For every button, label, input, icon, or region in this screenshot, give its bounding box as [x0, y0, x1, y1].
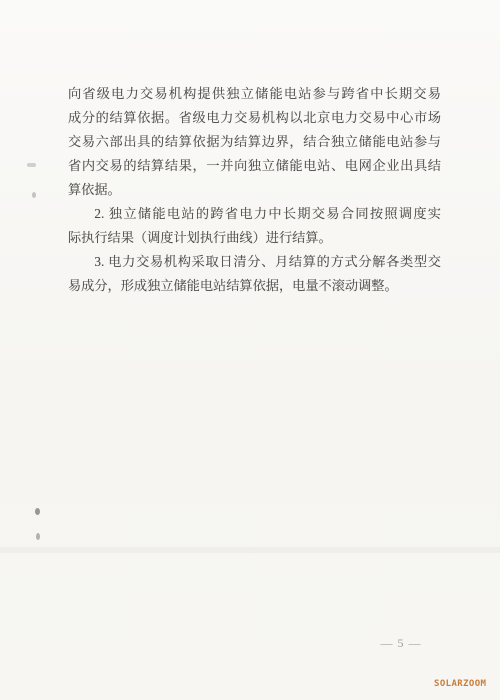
- text-line-item-2: 2. 独立储能电站的跨省电力中长期交易合同按照调度实: [68, 202, 441, 226]
- text-line: 际执行结果（调度计划执行曲线）进行结算。: [68, 226, 441, 250]
- text-line-item-3: 3. 电力交易机构采取日清分、月结算的方式分解各类型交: [68, 250, 441, 274]
- text-line: 成分的结算依据。省级电力交易机构以北京电力交易中心市场: [68, 106, 441, 130]
- scan-speck: [36, 533, 40, 540]
- scan-artifact-band: [0, 547, 500, 553]
- text-line: 交易六部出具的结算依据为结算边界，结合独立储能电站参与: [68, 130, 441, 154]
- solarzoom-watermark: SOLARZOOM: [434, 679, 486, 689]
- text-line: 省内交易的结算结果，一并向独立储能电站、电网企业出具结: [68, 154, 441, 178]
- page-number: — 5 —: [368, 636, 434, 651]
- text-line: 向省级电力交易机构提供独立储能电站参与跨省中长期交易: [68, 82, 441, 106]
- scan-speck: [35, 508, 40, 515]
- text-line: 易成分，形成独立储能电站结算依据，电量不滚动调整。: [68, 274, 441, 298]
- scan-speck: [32, 192, 36, 198]
- document-body-text: 向省级电力交易机构提供独立储能电站参与跨省中长期交易 成分的结算依据。省级电力交…: [68, 82, 441, 298]
- scanned-document-page: 向省级电力交易机构提供独立储能电站参与跨省中长期交易 成分的结算依据。省级电力交…: [0, 0, 500, 700]
- scan-speck: [27, 163, 36, 167]
- text-line: 算依据。: [68, 178, 441, 202]
